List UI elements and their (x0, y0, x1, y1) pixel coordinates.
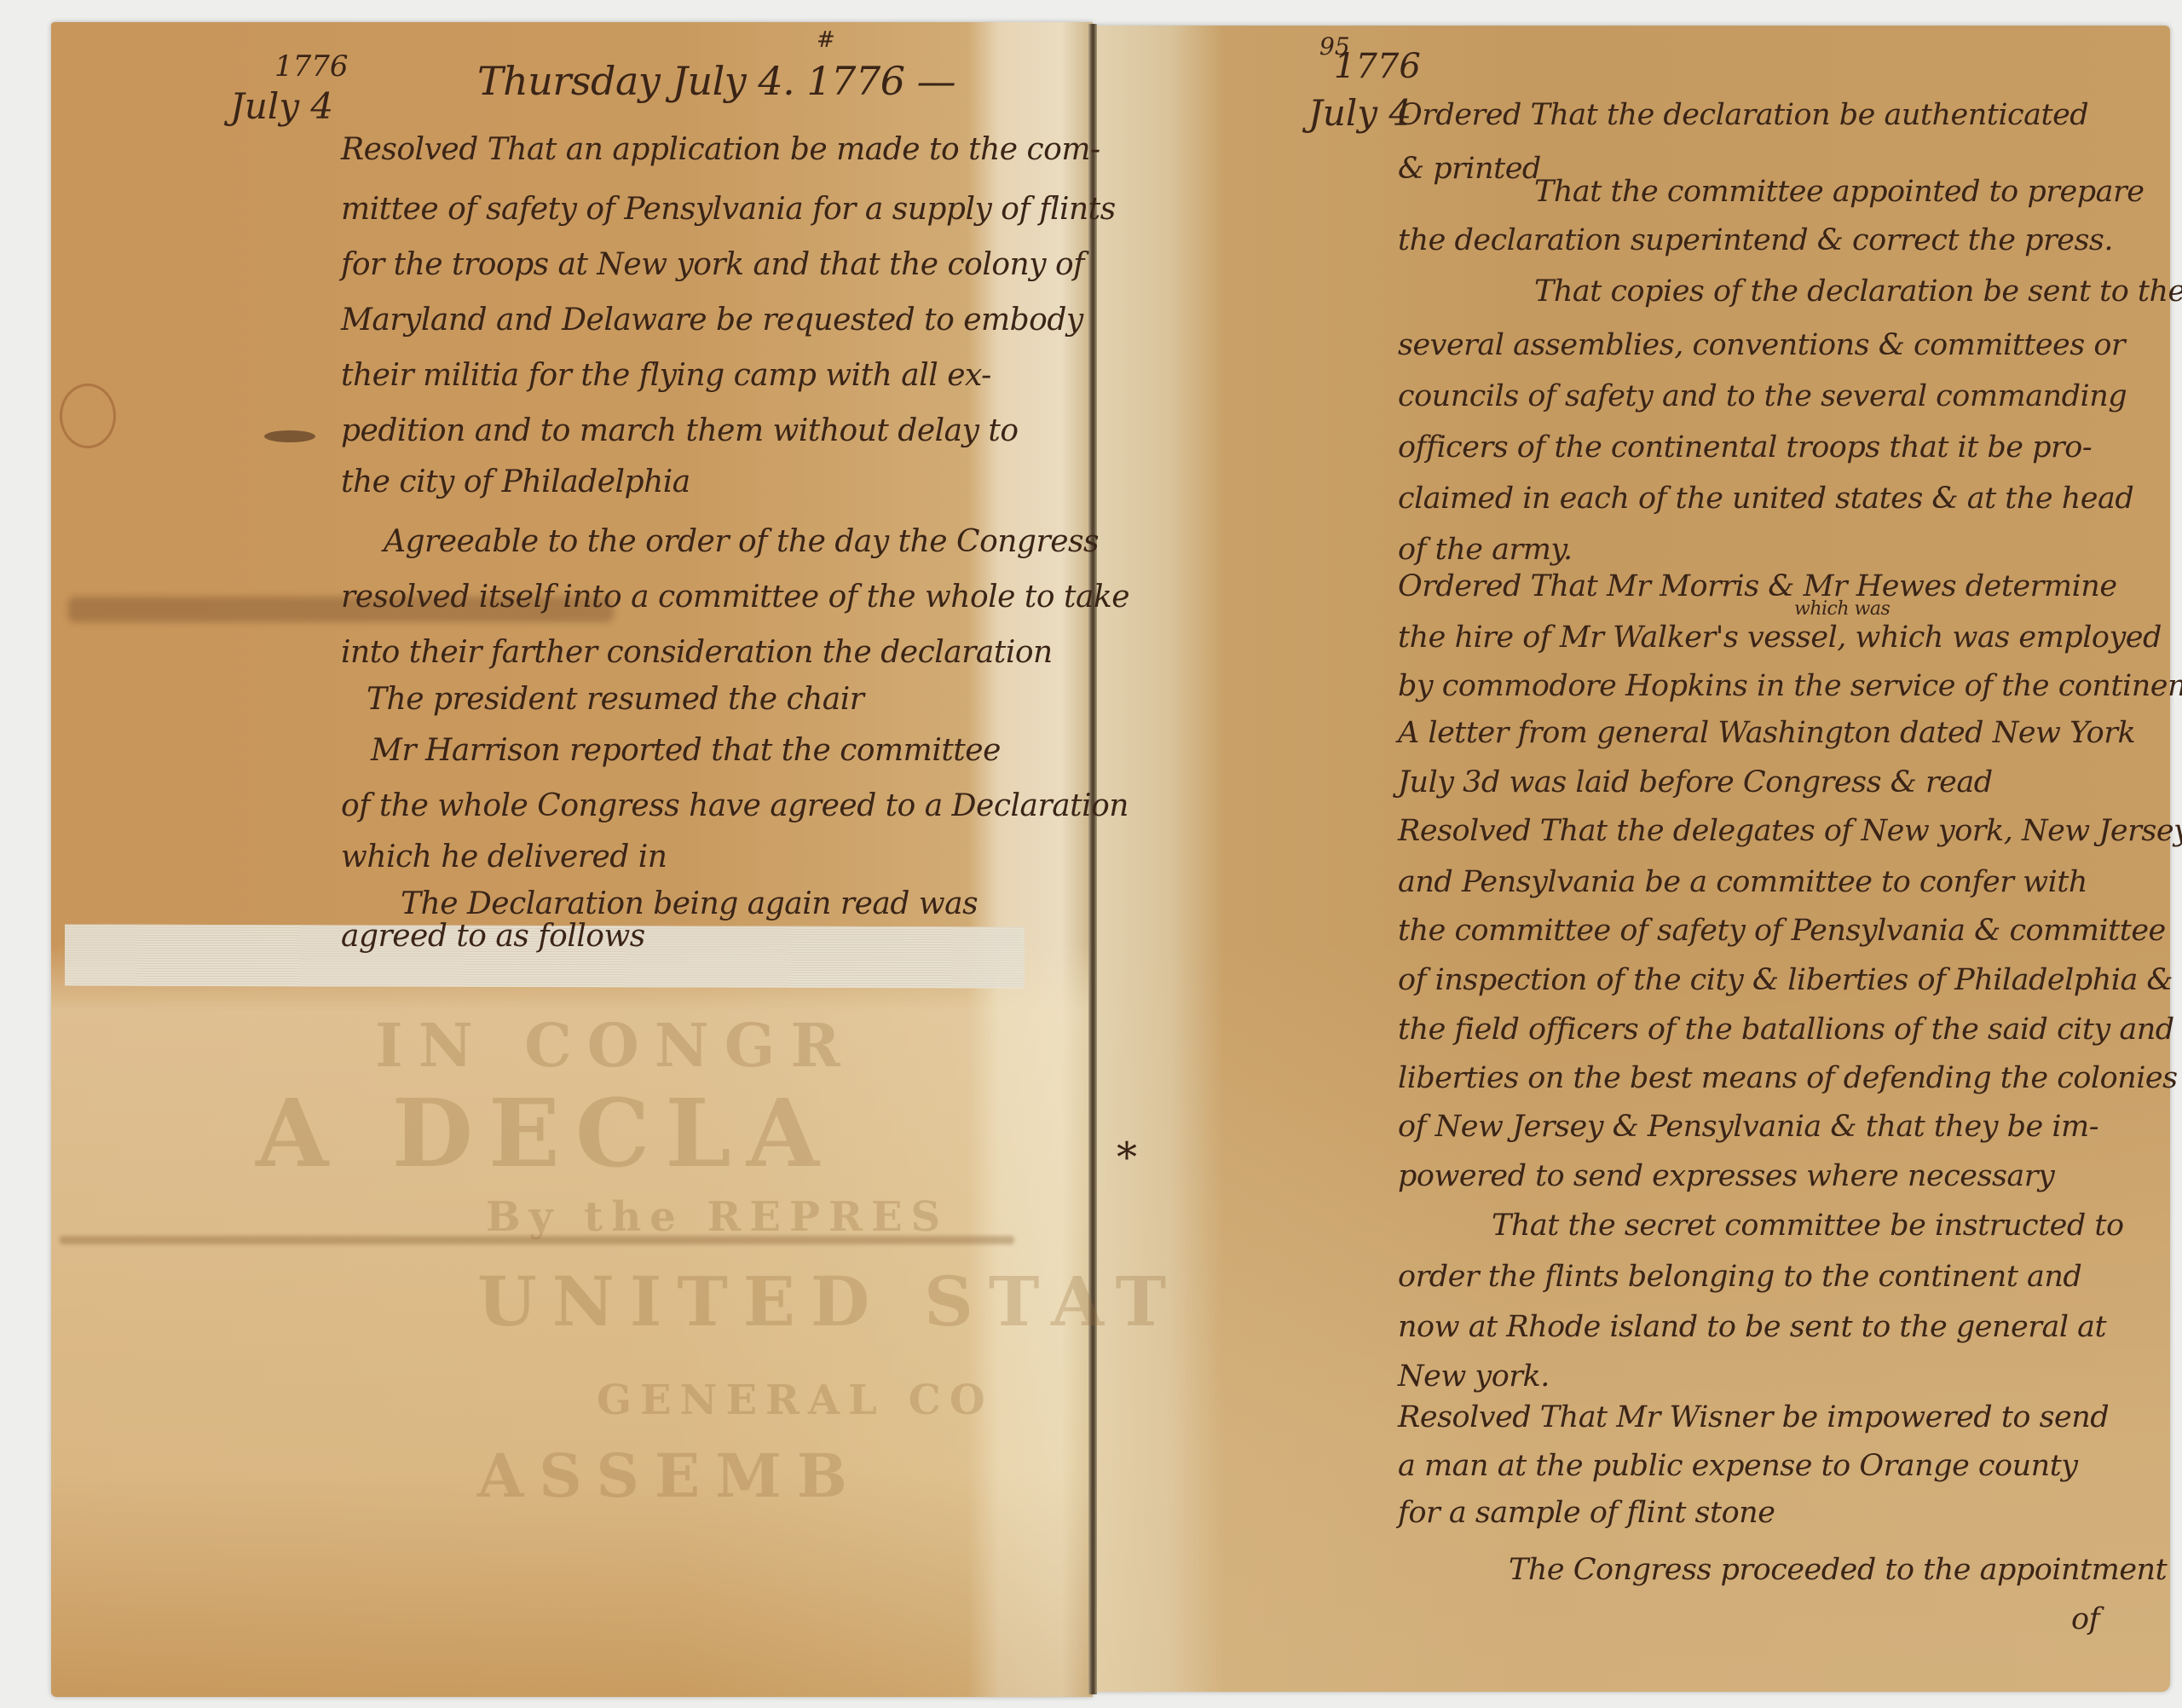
text-line: of inspection of the city & liberties of… (1398, 963, 2173, 997)
text-line: for a sample of flint stone (1398, 1496, 1775, 1530)
margin-asterisk: * (1117, 1134, 1137, 1181)
text-line: & printed (1398, 152, 1541, 186)
text-line: The Declaration being again read was (401, 886, 978, 921)
text-line: of the army. (1398, 533, 1573, 567)
bleed-through-line: A DECLA (256, 1078, 834, 1188)
text-line: That copies of the declaration be sent t… (1534, 274, 2182, 309)
text-line: claimed in each of the united states & a… (1398, 482, 2133, 516)
text-line: by commodore Hopkins in the service of t… (1398, 669, 2182, 703)
ink-smudge (264, 430, 315, 442)
margin-date: July 4 (230, 85, 333, 127)
text-line: pedition and to march them without delay… (341, 413, 1019, 448)
bleed-through-line: UNITED STAT (477, 1261, 1181, 1342)
text-line: agreed to as follows (341, 919, 645, 954)
text-line: the city of Philadelphia (341, 465, 690, 499)
text-line: several assemblies, conventions & commit… (1398, 328, 2125, 362)
text-line: their militia for the flying camp with a… (341, 358, 991, 393)
text-line: the field officers of the batallions of … (1398, 1013, 2174, 1047)
text-line: The Congress proceeded to the appointmen… (1509, 1553, 2167, 1587)
bleed-through-line: GENERAL CO (597, 1376, 994, 1424)
bleed-through-line: ASSEMB (477, 1440, 863, 1511)
text-line: A letter from general Washington dated N… (1398, 716, 2135, 750)
water-stain (60, 384, 116, 448)
interlinear-insertion: which was (1794, 598, 1890, 620)
text-line: Resolved That an application be made to … (341, 132, 1100, 167)
binding-spine (1088, 24, 1097, 1694)
text-line: Resolved That Mr Wisner be impowered to … (1398, 1400, 2109, 1434)
text-line: of (2071, 1602, 2099, 1636)
text-line: That the secret committee be instructed … (1492, 1209, 2124, 1243)
text-line: for the troops at New york and that the … (341, 247, 1084, 282)
text-line: officers of the continental troops that … (1398, 430, 2092, 465)
text-line: and Pensylvania be a committee to confer… (1398, 865, 2087, 899)
text-line: Ordered That the declaration be authenti… (1398, 98, 2088, 132)
text-line: the declaration superintend & correct th… (1398, 223, 2113, 257)
text-line: councils of safety and to the several co… (1398, 379, 2127, 413)
text-line: Agreeable to the order of the day the Co… (384, 524, 1099, 559)
page-marker: # (817, 27, 835, 53)
text-line: a man at the public expense to Orange co… (1398, 1449, 2078, 1483)
text-line: Mr Harrison reported that the committee (371, 733, 1001, 768)
text-line: of New Jersey & Pensylvania & that they … (1398, 1110, 2098, 1144)
text-line: which he delivered in (341, 840, 667, 874)
margin-year: 1776 (274, 49, 349, 84)
text-line: mittee of safety of Pensylvania for a su… (341, 192, 1116, 227)
text-line: liberties on the best means of defending… (1398, 1061, 2178, 1095)
text-line: Resolved That the delegates of New york,… (1398, 814, 2182, 848)
entry-heading: Thursday July 4. 1776 — (477, 58, 955, 104)
text-line: into their farther consideration the dec… (341, 635, 1053, 670)
text-line: now at Rhode island to be sent to the ge… (1398, 1310, 2106, 1344)
text-line: resolved itself into a committee of the … (341, 580, 1129, 615)
margin-date: July 4 (1308, 92, 1411, 134)
bleed-through-line: IN CONGR (375, 1010, 856, 1081)
text-line: Maryland and Delaware be requested to em… (341, 303, 1083, 338)
text-line: That the committee appointed to prepare (1534, 175, 2144, 209)
text-line: the hire of Mr Walker's vessel, which wa… (1398, 620, 2162, 655)
text-line: order the flints belonging to the contin… (1398, 1260, 2081, 1294)
text-line: The president resumed the chair (367, 682, 863, 717)
text-line: the committee of safety of Pensylvania &… (1398, 914, 2166, 948)
margin-year: 1776 (1334, 47, 1421, 86)
bleed-through-line: By the REPRES (486, 1193, 949, 1241)
text-line: powered to send expresses where necessar… (1398, 1159, 2054, 1193)
text-line: July 3d was laid before Congress & read (1398, 765, 1993, 799)
text-line: of the whole Congress have agreed to a D… (341, 788, 1129, 823)
text-line: Ordered That Mr Morris & Mr Hewes determ… (1398, 569, 2117, 603)
text-line: New york. (1398, 1359, 1550, 1394)
